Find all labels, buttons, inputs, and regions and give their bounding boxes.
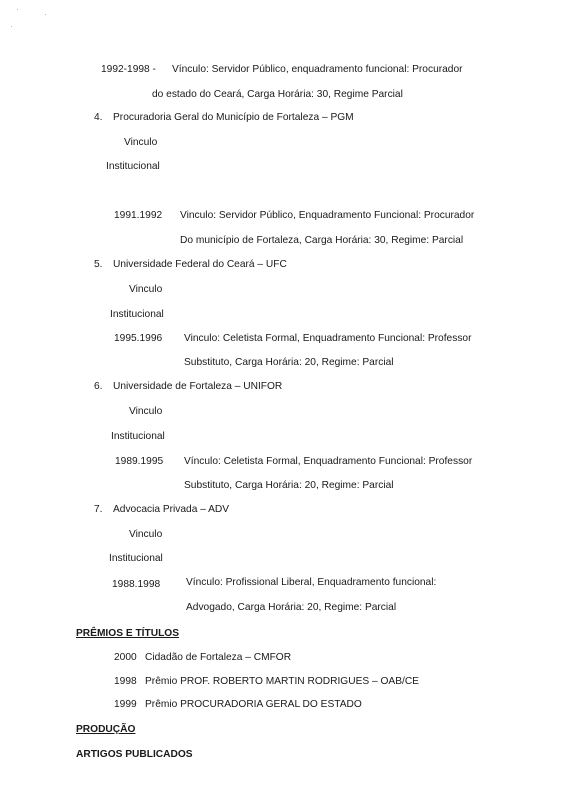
entry-period: 1988.1998	[112, 579, 160, 590]
entry-detail-line2: Substituto, Carga Horária: 20, Regime: P…	[184, 357, 394, 368]
institucional-label: Institucional	[111, 431, 165, 442]
vinculo-label: Vinculo	[124, 137, 157, 148]
institution-name: Advocacia Privada – ADV	[113, 504, 229, 515]
scan-speck	[45, 14, 46, 15]
entry-period: 1992-1998 -	[101, 64, 156, 75]
entry-period: 1995.1996	[114, 333, 162, 344]
scan-speck	[17, 9, 18, 10]
entry-detail-line1: Vinculo: Servidor Público, Enquadramento…	[180, 210, 474, 221]
institucional-label: Institucional	[109, 553, 163, 564]
scan-speck	[11, 26, 12, 27]
articles-subheading: ARTIGOS PUBLICADOS	[76, 749, 193, 760]
institution-number: 4.	[94, 112, 103, 123]
entry-detail-line1: Vínculo: Profissional Liberal, Enquadram…	[186, 577, 436, 588]
institution-name: Universidade Federal do Ceará – UFC	[113, 259, 287, 270]
vinculo-label: Vinculo	[129, 529, 162, 540]
award-title: Prêmio PROF. ROBERTO MARTIN RODRIGUES – …	[145, 676, 419, 687]
vinculo-label: Vinculo	[129, 406, 162, 417]
entry-period: 1989.1995	[115, 456, 163, 467]
award-year: 1998	[114, 676, 137, 687]
award-title: Cidadão de Fortaleza – CMFOR	[145, 652, 291, 663]
awards-heading: PRÊMIOS E TÍTULOS	[76, 628, 179, 639]
entry-detail-line1: Vinculo: Celetista Formal, Enquadramento…	[184, 333, 471, 344]
entry-period: 1991.1992	[114, 210, 162, 221]
entry-detail-line1: Vínculo: Celetista Formal, Enquadramento…	[184, 456, 472, 467]
award-title: Prêmio PROCURADORIA GERAL DO ESTADO	[145, 699, 362, 710]
institution-number: 5.	[94, 259, 103, 270]
entry-detail-line2: Substituto, Carga Horária: 20, Regime: P…	[184, 480, 394, 491]
vinculo-label: Vinculo	[129, 284, 162, 295]
institucional-label: Institucional	[110, 309, 164, 320]
entry-detail-line2: do estado do Ceará, Carga Horária: 30, R…	[152, 89, 403, 100]
institution-number: 7.	[94, 504, 103, 515]
award-year: 1999	[114, 699, 137, 710]
institution-name: Universidade de Fortaleza – UNIFOR	[113, 381, 282, 392]
institution-number: 6.	[94, 381, 103, 392]
institucional-label: Institucional	[106, 161, 160, 172]
institution-name: Procuradoria Geral do Município de Forta…	[113, 112, 354, 123]
entry-detail-line1: Vínculo: Servidor Público, enquadramento…	[172, 64, 463, 75]
production-heading: PRODUÇÃO	[76, 724, 135, 735]
entry-detail-line2: Do município de Fortaleza, Carga Horária…	[180, 235, 463, 246]
award-year: 2000	[114, 652, 137, 663]
entry-detail-line2: Advogado, Carga Horária: 20, Regime: Par…	[186, 602, 396, 613]
